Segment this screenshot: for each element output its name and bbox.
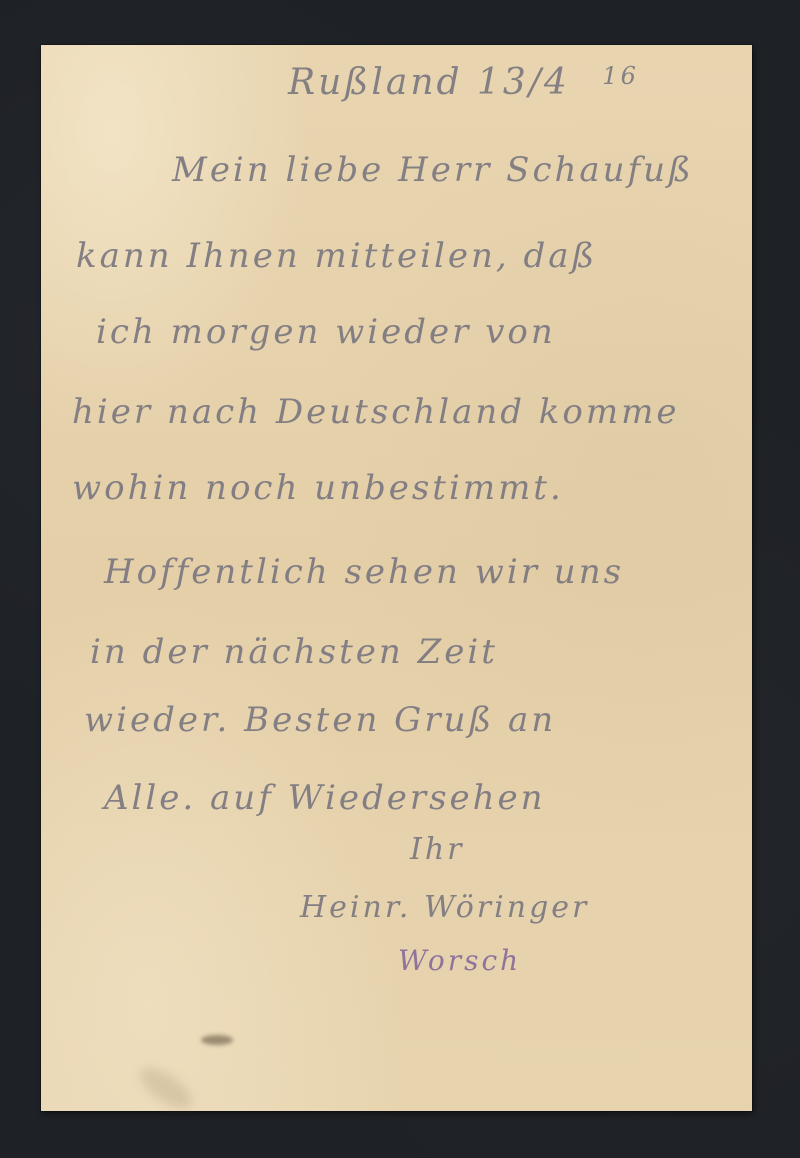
body-line-4: wohin noch unbestimmt. bbox=[72, 468, 564, 508]
year-text: 16 bbox=[602, 62, 639, 90]
closing-ihr: Ihr bbox=[410, 832, 465, 867]
body-line-7: wieder. Besten Gruß an bbox=[84, 700, 556, 740]
salutation: Mein liebe Herr Schaufuß bbox=[172, 150, 694, 190]
body-line-5: Hoffentlich sehen wir uns bbox=[104, 552, 624, 592]
place-date-text: Rußland 13/4 bbox=[288, 62, 570, 103]
body-line-2: ich morgen wieder von bbox=[96, 312, 556, 352]
pencil-smudge bbox=[201, 1035, 233, 1045]
signature: Heinr. Wöringer bbox=[300, 890, 589, 925]
violet-name: Worsch bbox=[398, 944, 521, 977]
place-date: Rußland 13/4 16 bbox=[288, 62, 639, 103]
body-line-3: hier nach Deutschland komme bbox=[72, 392, 680, 432]
paper-stain bbox=[134, 1060, 198, 1116]
body-line-6: in der nächsten Zeit bbox=[90, 632, 498, 672]
body-line-1: kann Ihnen mitteilen, daß bbox=[76, 236, 597, 276]
body-line-8: Alle. auf Wiedersehen bbox=[104, 778, 546, 818]
